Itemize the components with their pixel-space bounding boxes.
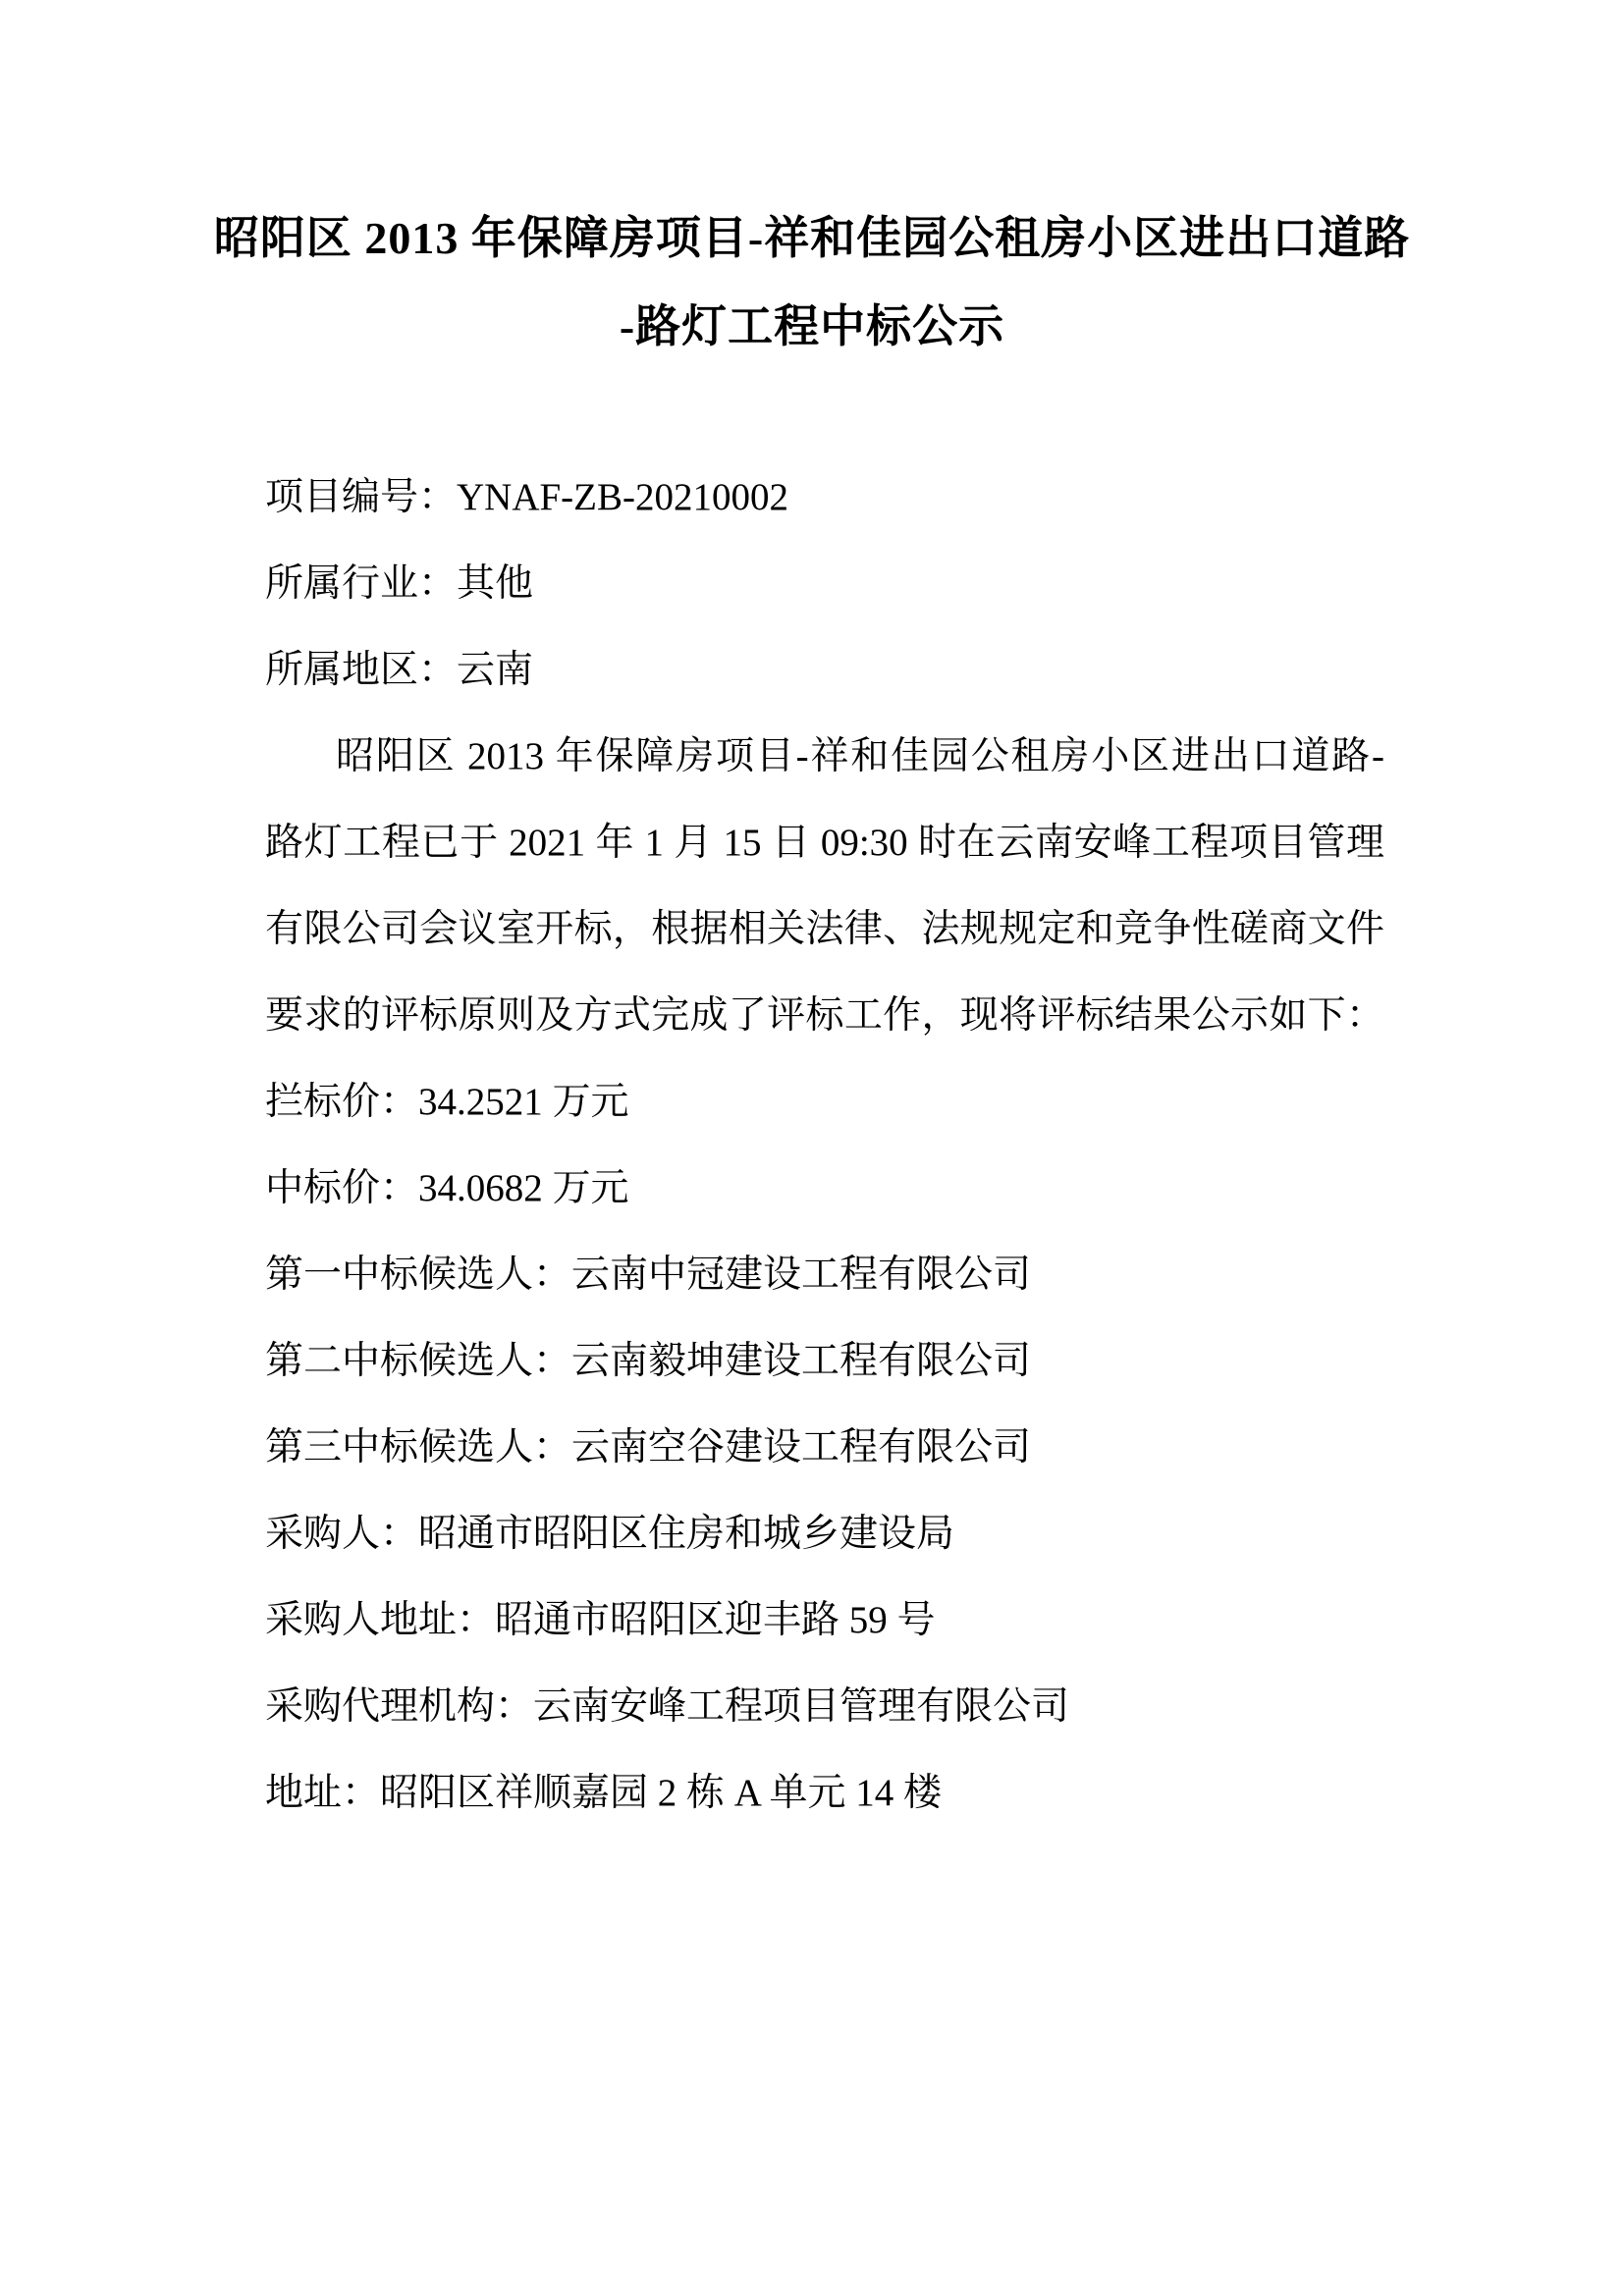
purchaser-address-line: 采购人地址：昭通市昭阳区迎丰路 59 号: [265, 1577, 1384, 1664]
announcement-para-line-2: 路灯工程已于 2021 年 1 月 15 日 09:30 时在云南安峰工程项目管…: [265, 800, 1384, 886]
title-line-1: 昭阳区 2013 年保障房项目-祥和佳园公租房小区进出口道路: [0, 194, 1624, 283]
announcement-para-line-3: 有限公司会议室开标，根据相关法律、法规规定和竞争性磋商文件: [265, 886, 1384, 973]
procurement-agency-line: 采购代理机构：云南安峰工程项目管理有限公司: [265, 1664, 1384, 1750]
region-line: 所属地区：云南: [265, 627, 1384, 714]
third-candidate-line: 第三中标候选人：云南空谷建设工程有限公司: [265, 1405, 1384, 1491]
second-candidate-line: 第二中标候选人：云南毅坤建设工程有限公司: [265, 1318, 1384, 1405]
document-title: 昭阳区 2013 年保障房项目-祥和佳园公租房小区进出口道路 -路灯工程中标公示: [0, 0, 1624, 371]
project-number-line: 项目编号：YNAF-ZB-20210002: [265, 454, 1384, 541]
ceiling-price-line: 拦标价：34.2521 万元: [265, 1059, 1384, 1146]
announcement-para-line-4: 要求的评标原则及方式完成了评标工作，现将评标结果公示如下：: [265, 973, 1384, 1059]
agency-address-line: 地址：昭阳区祥顺嘉园 2 栋 A 单元 14 楼: [265, 1750, 1384, 1837]
announcement-para-line-1: 昭阳区 2013 年保障房项目-祥和佳园公租房小区进出口道路-: [265, 714, 1384, 800]
document-page: 昭阳区 2013 年保障房项目-祥和佳园公租房小区进出口道路 -路灯工程中标公示…: [0, 0, 1624, 2296]
title-line-2: -路灯工程中标公示: [0, 283, 1624, 371]
industry-line: 所属行业：其他: [265, 541, 1384, 627]
document-body: 项目编号：YNAF-ZB-20210002 所属行业：其他 所属地区：云南 昭阳…: [0, 371, 1624, 1837]
purchaser-line: 采购人：昭通市昭阳区住房和城乡建设局: [265, 1491, 1384, 1577]
winning-bid-price-line: 中标价：34.0682 万元: [265, 1146, 1384, 1232]
first-candidate-line: 第一中标候选人：云南中冠建设工程有限公司: [265, 1232, 1384, 1318]
